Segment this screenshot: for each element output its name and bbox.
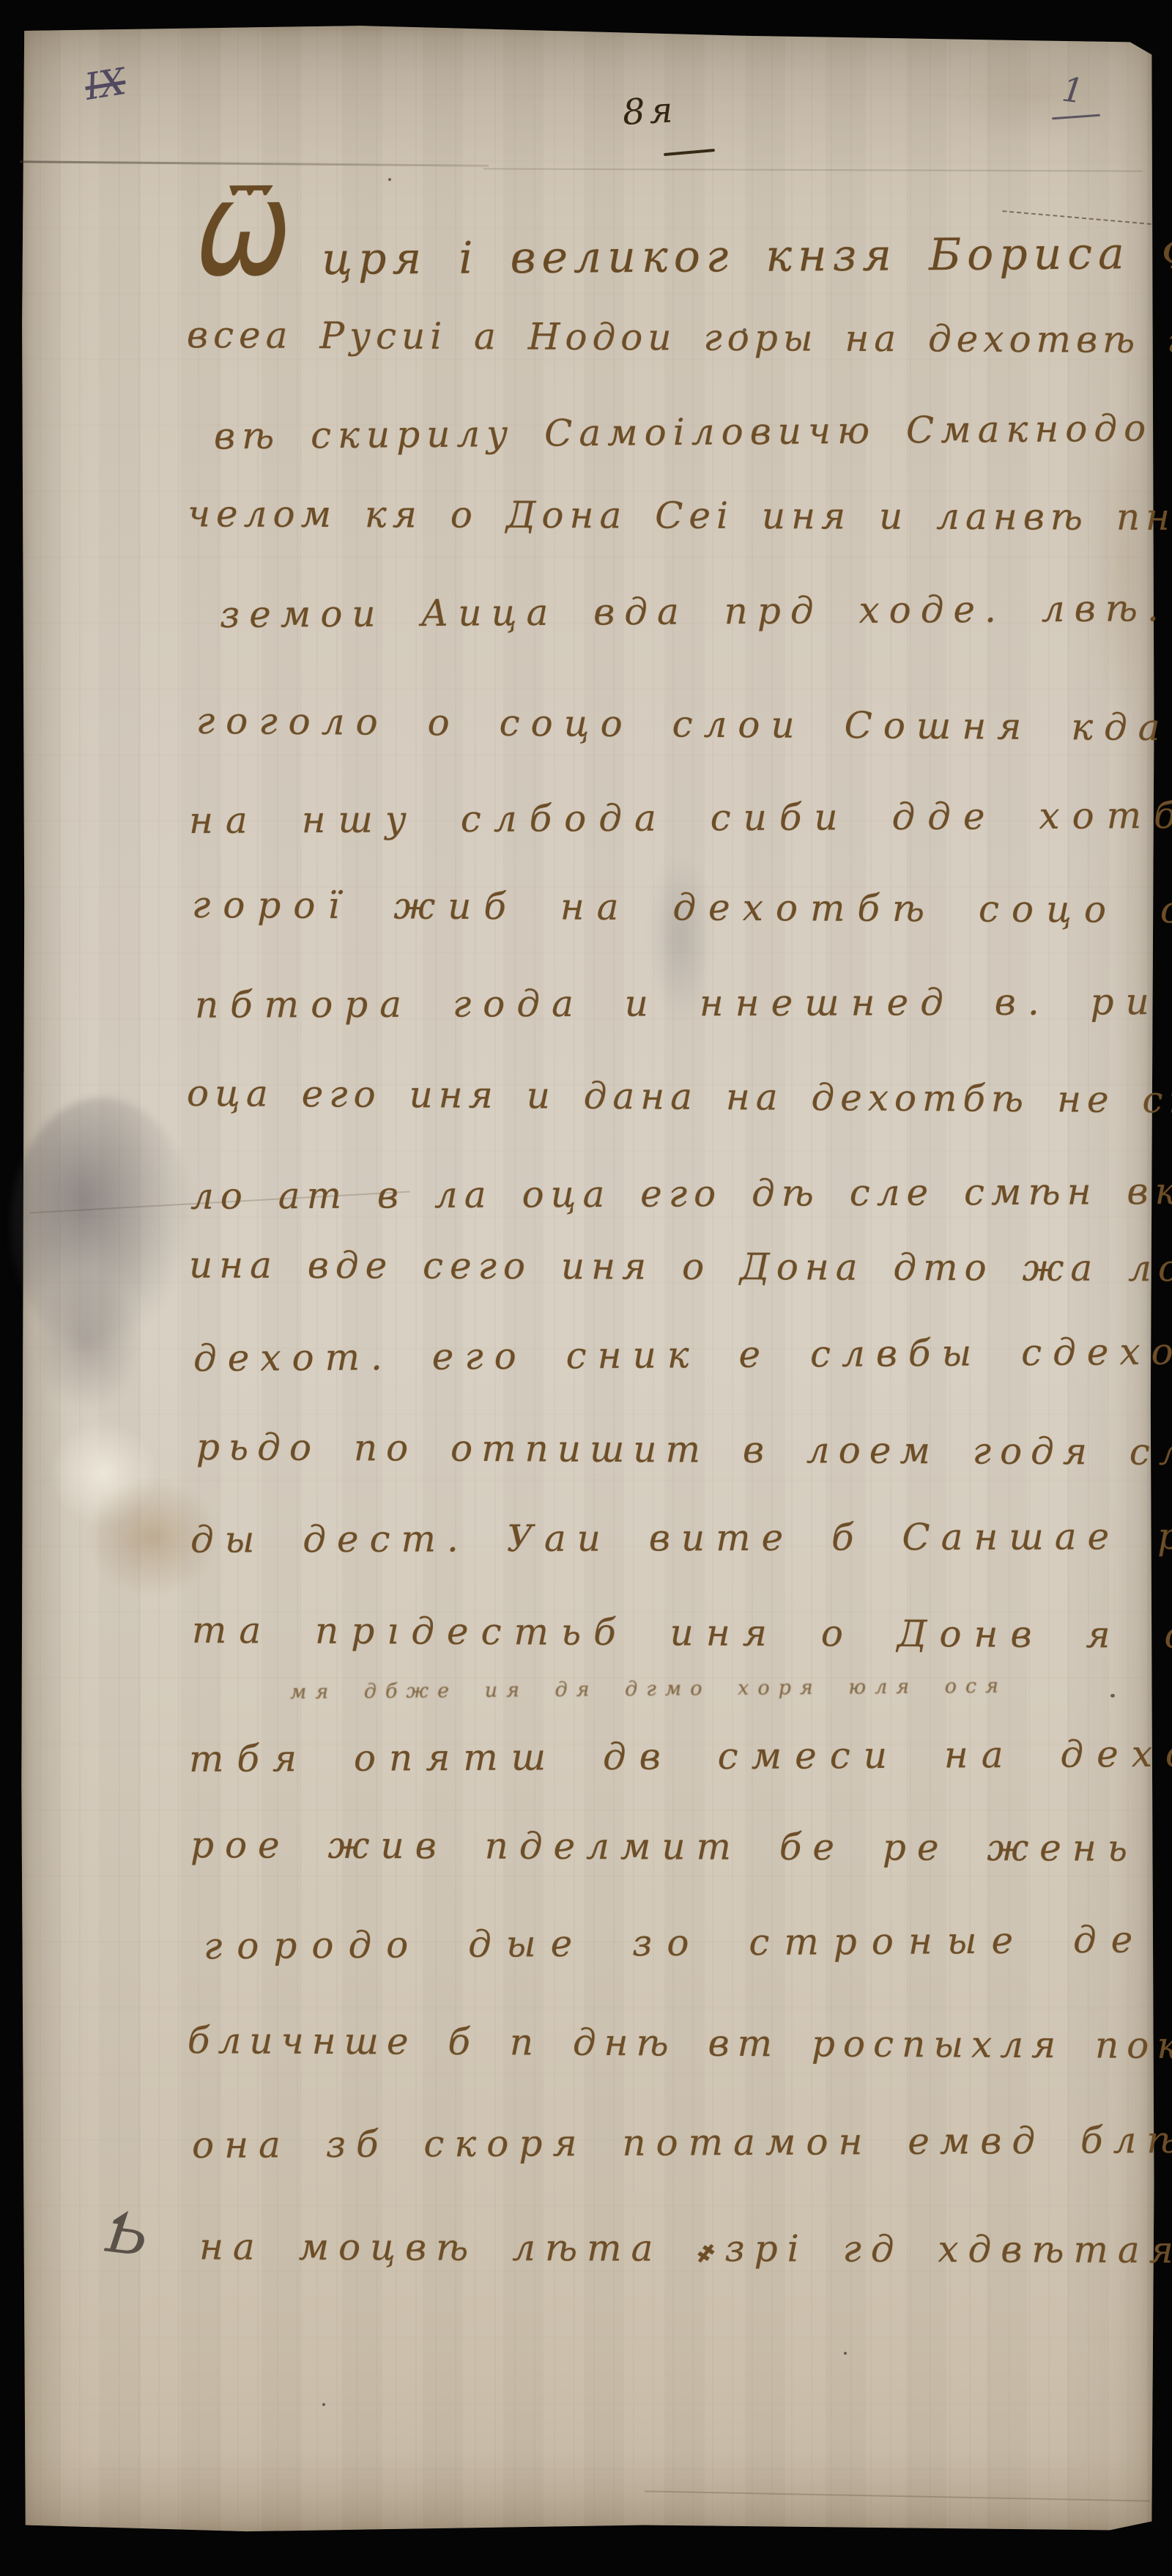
- manuscript-line: Ѿ цря і великог кнзя Бориса Федоровича: [198, 202, 1172, 282]
- manuscript-line: рое жив пделмит бе ре жень е млбч: [190, 1826, 1172, 1868]
- manuscript-line: городо дые зо строные де Жде: [204, 1920, 1172, 1965]
- manuscript-line: гоголо о соцо слои Сошня кданов: [196, 703, 1172, 747]
- manuscript-line: тбя опятш дв смеси на дехотв: [189, 1735, 1172, 1777]
- archival-mark-top-left: ІХ: [82, 60, 129, 108]
- manuscript-line: она зб скоря потамон емвд блѣтир: [192, 2121, 1172, 2164]
- manuscript-line: ина вде сего иня о Дона дто жа лода: [189, 1246, 1172, 1287]
- manuscript-line: дехот. его сник е слвбы сдехотч: [193, 1333, 1172, 1377]
- manuscript-line: та прıдестьб иня о Донв я сдехо: [192, 1612, 1172, 1654]
- manuscript-line: всеа Русиі а Нодои горы на дехотвѣ голо: [187, 317, 1172, 359]
- manuscript-line-interlinear: мя дбже ия дя дгмо хоря юля ося: [290, 1676, 1007, 1703]
- manuscript-line: на моцвѣ лѣта ҂зрі гд хдвѣтая и: [199, 2228, 1172, 2268]
- marginal-mark-bottom-left: Ƅ: [103, 2197, 155, 2270]
- ink-speck: [388, 178, 391, 181]
- document-number: 8я: [622, 89, 678, 133]
- manuscript-line: на ншу слбода сиби дде хотбшог: [189, 796, 1172, 839]
- paper-bottom-shading: [20, 2449, 1155, 2536]
- manuscript-line: челом кя о Дона Сеі иня и ланвѣ пнѣ ла: [188, 495, 1172, 536]
- stain-dark-smudge: [32, 1272, 142, 1411]
- scan-background: ІХ 8я 1 Ƅ Ѿ цря і великог кнзя Бориса Фе…: [0, 0, 1172, 2576]
- manuscript-line: ло ат в ла оца его дѣ сле смѣн вкомв: [190, 1172, 1172, 1215]
- manuscript-line: вѣ скирилу Самоіловичю Смакнодо бина: [214, 409, 1172, 455]
- stain-faint: [938, 51, 1128, 139]
- ink-speck: [844, 2352, 847, 2355]
- ink-speck: [322, 2403, 325, 2406]
- manuscript-line: бличнше б п днѣ вт роспыхля покшлт: [188, 2022, 1172, 2065]
- manuscript-line: земои Аица вда прд ходе. лвѣ. рг.: [220, 589, 1172, 633]
- manuscript-line: ды дест. Уаи вите б Саншае рако: [190, 1517, 1172, 1558]
- manuscript-line: пбтора года и ннешнед в. ри годв: [195, 982, 1172, 1023]
- manuscript-line: горої жиб на дехотбѣ соцо слои: [192, 887, 1172, 929]
- ink-speck: [1110, 1694, 1115, 1698]
- manuscript-line: рьдо по отпишит в лоем годя сло ст: [196, 1429, 1172, 1471]
- stain-yellow-edge: [1093, 410, 1151, 718]
- manuscript-line: оца его иня и дана на дехотбѣ не ста: [187, 1075, 1172, 1119]
